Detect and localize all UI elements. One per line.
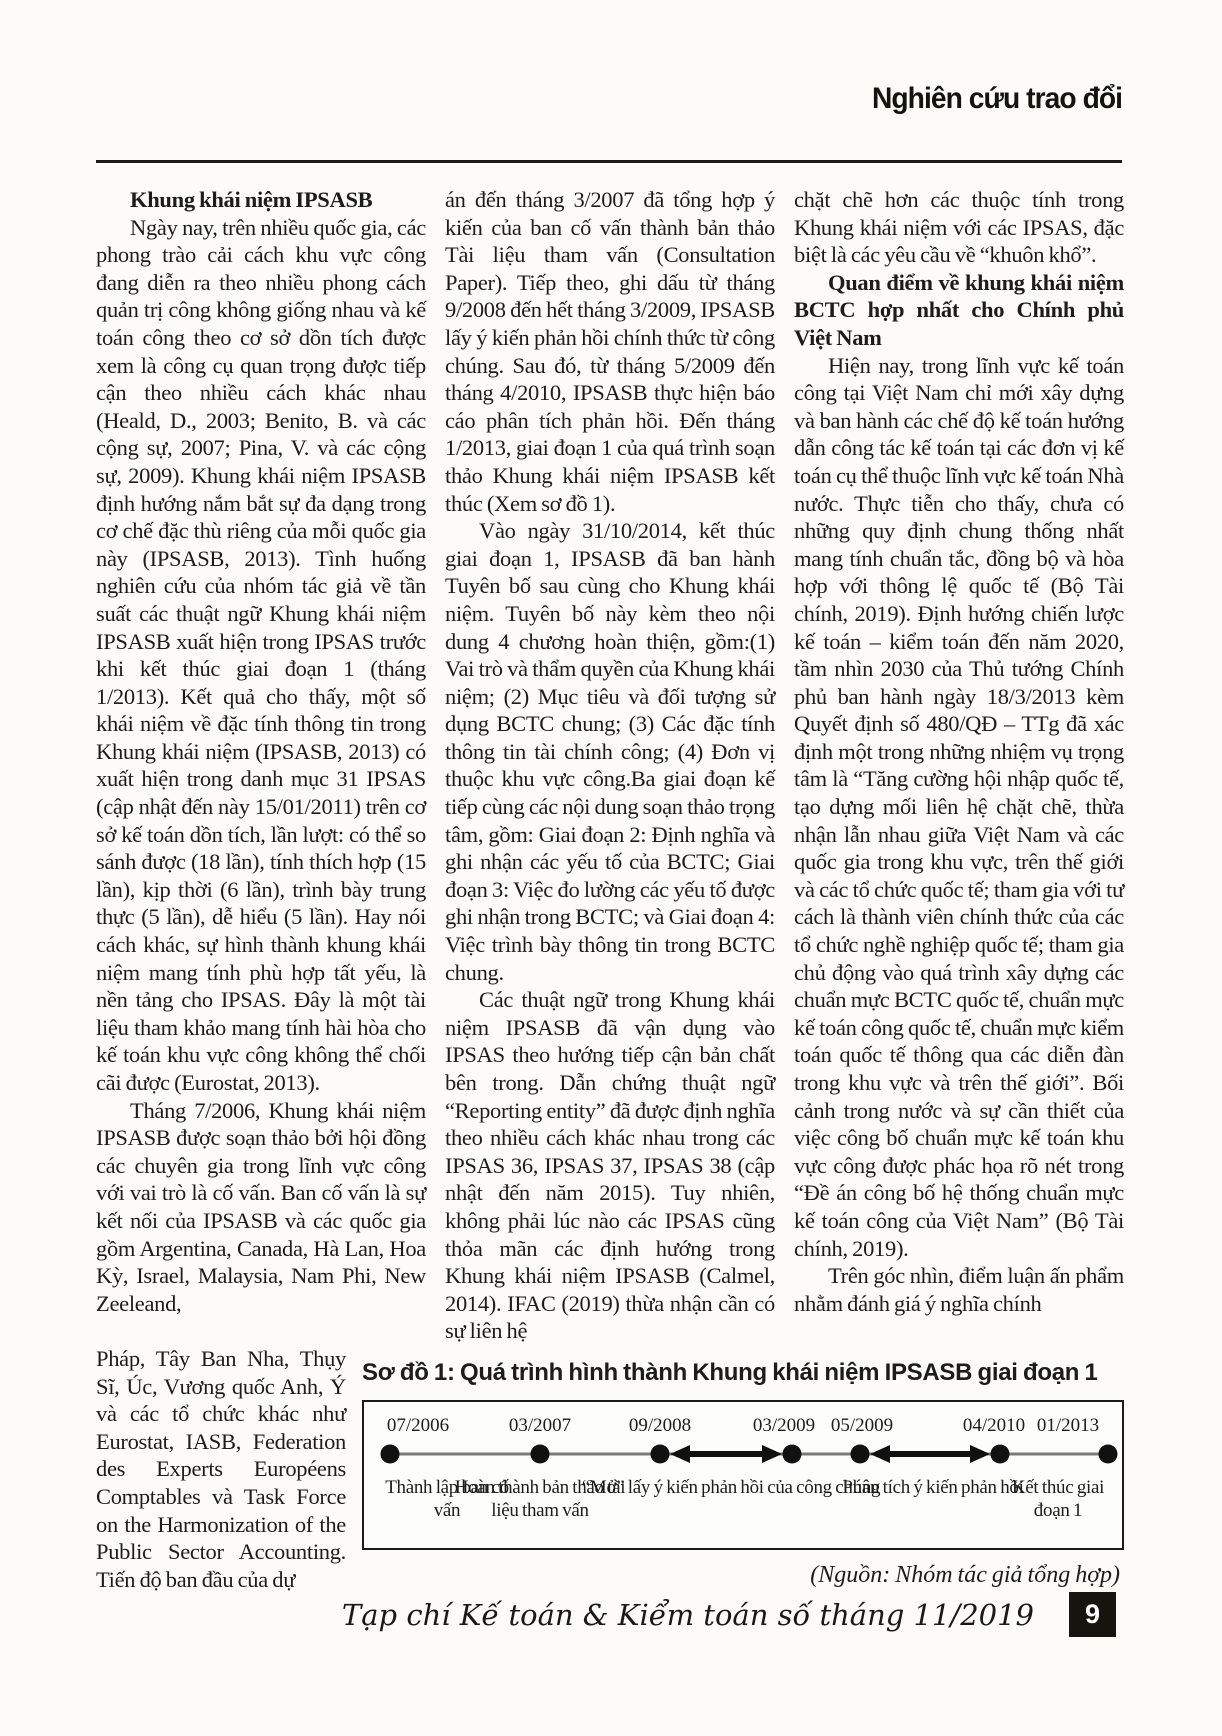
milestone-dot-icon [991,1444,1010,1463]
milestone-dot-icon [1099,1444,1118,1463]
milestone-dot-icon [531,1444,550,1463]
bottom-row: Pháp, Tây Ban Nha, Thụy Sĩ, Úc, Vương qu… [96,1345,1124,1593]
timeline-date: 03/2007 [509,1412,571,1440]
article-subheading: Khung khái niệm IPSASB [96,186,426,214]
article-subheading: Quan điểm về khung khái niệm BCTC hợp nh… [794,269,1124,352]
column-1: Khung khái niệm IPSASB Ngày nay, trên nh… [96,186,426,1345]
timeline-date: 05/2009 [831,1412,893,1440]
paragraph: Trên góc nhìn, điểm luận ấn phẩm nhằm đá… [794,1262,1124,1317]
column-3: chặt chẽ hơn các thuộc tính trong Khung … [794,186,1124,1345]
timeline-date: 04/2010 [963,1412,1025,1440]
timeline-date: 07/2006 [387,1412,449,1440]
timeline-diagram: 07/2006 03/2007 09/2008 03/2009 05/2009 … [362,1400,1124,1550]
figure-title: Sơ đồ 1: Quá trình hình thành Khung khái… [362,1359,1124,1388]
header-rule [96,160,1122,163]
milestone-dot-icon [783,1444,802,1463]
section-header-label: Nghiên cứu trao đổi [872,82,1122,116]
journal-page: Nghiên cứu trao đổi Khung khái niệm IPSA… [0,0,1222,1736]
article-body: Khung khái niệm IPSASB Ngày nay, trên nh… [96,186,1124,1593]
milestone-dot-icon [851,1444,870,1463]
timeline-date: 01/2013 [1037,1412,1099,1440]
figure-source-note: (Nguồn: Nhóm tác giả tổng hợp) [362,1562,1124,1590]
timeline-date: 03/2009 [753,1412,815,1440]
milestone-dot-icon [651,1444,670,1463]
footer-journal-line: Tạp chí Kế toán & Kiểm toán số tháng 11/… [342,1598,1034,1632]
paragraph: Pháp, Tây Ban Nha, Thụy Sĩ, Úc, Vương qu… [96,1345,346,1593]
timeline-event-label: Kết thúc giai đoạn 1 [996,1476,1120,1522]
figure-1: Sơ đồ 1: Quá trình hình thành Khung khái… [346,1345,1124,1593]
paragraph: Hiện nay, trong lĩnh vực kế toán công tạ… [794,352,1124,1263]
three-column-text: Khung khái niệm IPSASB Ngày nay, trên nh… [96,186,1124,1345]
paragraph: Các thuật ngữ trong Khung khái niệm IPSA… [445,986,775,1345]
page-number-badge: 9 [1069,1592,1116,1637]
column-1-continued: Pháp, Tây Ban Nha, Thụy Sĩ, Úc, Vương qu… [96,1345,346,1593]
paragraph: Tháng 7/2006, Khung khái niệm IPSASB đượ… [96,1097,426,1318]
paragraph: án đến tháng 3/2007 đã tổng hợp ý kiến c… [445,186,775,517]
paragraph: chặt chẽ hơn các thuộc tính trong Khung … [794,186,1124,269]
milestone-dot-icon [381,1444,400,1463]
paragraph: Vào ngày 31/10/2014, kết thúc giai đoạn … [445,517,775,986]
column-2: án đến tháng 3/2007 đã tổng hợp ý kiến c… [445,186,775,1345]
timeline-date: 09/2008 [629,1412,691,1440]
paragraph: Ngày nay, trên nhiều quốc gia, các phong… [96,214,426,1097]
